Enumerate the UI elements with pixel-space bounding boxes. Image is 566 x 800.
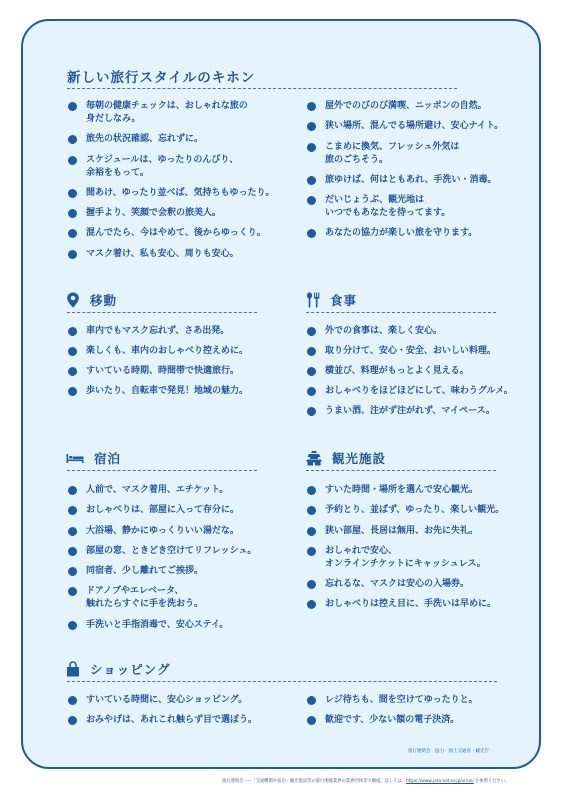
section-shopping-label: ショッピング — [90, 660, 171, 678]
map-pin-icon — [66, 292, 80, 308]
list-item: 楽しくも、車内のおしゃべり控えめに。 — [67, 345, 297, 358]
section-lodging-label: 宿泊 — [94, 449, 121, 467]
list-item: おしゃべりをほどほどにして、味わうグルメ。 — [306, 385, 536, 398]
list-item: 手洗いと手指消毒で、安心ステイ。 — [67, 619, 297, 632]
divider — [67, 88, 457, 89]
list-item: おしゃべりは、部屋に入って存分に。 — [67, 504, 297, 517]
footnote-link[interactable]: https://www.jata-net.or.jp/virus/ — [406, 779, 474, 784]
page-title: 新しい旅行スタイルのキホン — [67, 66, 255, 86]
list-item: 歓迎です、少ない額の電子決済。 — [306, 714, 536, 727]
shopping-list-left: すいている時間に、安心ショッピング。おみやげは、あれこれ触らず目で選ぼう。 — [67, 694, 297, 734]
list-item: レジ待ちも、間を空けてゆったりと。 — [306, 694, 536, 707]
footnote-text: 旅行連絡会 ･･･「交通機関や宿泊・観光施設等の旅行関係業界の業界団体等で構成。… — [222, 779, 406, 784]
dining-list: 外での食事は、楽しく安心。取り分けて、安心・安全、おいしい料理。横並び、料理がも… — [306, 325, 536, 425]
list-item: すいている時間に、安心ショッピング。 — [67, 694, 297, 707]
list-item: おしゃれで安心、オンラインチケットにキャッシュレス。 — [306, 545, 536, 571]
shopping-list-right: レジ待ちも、間を空けてゆったりと。歓迎です、少ない額の電子決済。 — [306, 694, 536, 734]
basics-list-right: 屋外でのびのび満喫、ニッポンの自然。狭い場所、混んでる場所避け、安心ナイト。こま… — [306, 100, 536, 248]
divider — [67, 312, 257, 313]
list-item: 旅先の状況確認、忘れずに。 — [67, 133, 297, 146]
fork-spoon-icon — [306, 292, 320, 308]
shopping-bag-icon — [66, 661, 80, 677]
list-item: 部屋の窓、ときどき空けてリフレッシュ。 — [67, 545, 297, 558]
list-item: 横並び、料理がもっとよく見える。 — [306, 365, 536, 378]
list-item: 狭い部屋、長居は無用、お先に失礼。 — [306, 525, 536, 538]
list-item: 旅ゆけば、何はともあれ、手洗い・消毒。 — [306, 174, 536, 187]
list-item: 毎朝の健康チェックは、おしゃれな旅の身だしなみ。 — [67, 100, 297, 126]
list-item: 忘れるな、マスクは安心の入場券。 — [306, 578, 536, 591]
section-transport-label: 移動 — [90, 291, 117, 309]
list-item: スケジュールは、ゆったりのんびり、余裕をもって。 — [67, 154, 297, 180]
credit-text: 旅行連絡会 協力：国土交通省・観光庁 — [408, 748, 489, 754]
footnote: 旅行連絡会 ･･･「交通機関や宿泊・観光施設等の旅行関係業界の業界団体等で構成。… — [222, 778, 509, 784]
list-item: 狭い場所、混んでる場所避け、安心ナイト。 — [306, 120, 536, 133]
list-item: 歩いたり、自転車で発見！地域の魅力。 — [67, 385, 297, 398]
castle-icon — [306, 450, 322, 466]
list-item: すいている時期、時間帯で快適旅行。 — [67, 365, 297, 378]
list-item: おしゃべりは控え目に、手洗いは早めに。 — [306, 598, 536, 611]
list-item: だいじょうぶ、観光地はいつでもあなたを待ってます。 — [306, 194, 536, 220]
section-sightseeing-label: 観光施設 — [332, 449, 386, 467]
footnote-suffix: を参照ください。 — [474, 779, 510, 784]
divider — [306, 470, 496, 471]
sightseeing-list: すいた時間・場所を選んで安心観光。予約とり、並ばず、ゆったり、楽しい観光。狭い部… — [306, 484, 536, 619]
list-item: 間あけ、ゆったり並べば、気持ちもゆったり。 — [67, 187, 297, 200]
list-item: 取り分けて、安心・安全、おいしい料理。 — [306, 345, 536, 358]
list-item: こまめに換気、フレッシュ外気は旅のごちそう。 — [306, 141, 536, 167]
section-sightseeing-header: 観光施設 — [306, 449, 386, 467]
list-item: 混んでたら、今はやめて、後からゆっくり。 — [67, 227, 297, 240]
list-item: ドアノブやエレベータ、触れたらすぐに手を洗おう。 — [67, 585, 297, 611]
list-item: 同宿者、少し離れてご挨拶。 — [67, 565, 297, 578]
bed-icon — [66, 450, 84, 466]
section-dining-label: 食事 — [330, 291, 357, 309]
lodging-list: 人前で、マスク着用、エチケット。おしゃべりは、部屋に入って存分に。大浴場、静かに… — [67, 484, 297, 639]
section-shopping-header: ショッピング — [66, 660, 171, 678]
list-item: 予約とり、並ばず、ゆったり、楽しい観光。 — [306, 504, 536, 517]
divider — [306, 312, 496, 313]
list-item: 大浴場、静かにゆっくりいい湯だな。 — [67, 525, 297, 538]
list-item: あなたの協力が楽しい旅を守ります。 — [306, 227, 536, 240]
list-item: おみやげは、あれこれ触らず目で選ぼう。 — [67, 714, 297, 727]
list-item: すいた時間・場所を選んで安心観光。 — [306, 484, 536, 497]
list-item: 屋外でのびのび満喫、ニッポンの自然。 — [306, 100, 536, 113]
list-item: 車内でもマスク忘れず、さあ出発。 — [67, 325, 297, 338]
divider — [67, 470, 257, 471]
basics-list-left: 毎朝の健康チェックは、おしゃれな旅の身だしなみ。旅先の状況確認、忘れずに。スケジ… — [67, 100, 297, 268]
list-item: マスク着け、私も安心、周りも安心。 — [67, 248, 297, 261]
list-item: 外での食事は、楽しく安心。 — [306, 325, 536, 338]
transport-list: 車内でもマスク忘れず、さあ出発。楽しくも、車内のおしゃべり控えめに。すいている時… — [67, 325, 297, 405]
list-item: 握手より、笑顔で会釈の旅美人。 — [67, 207, 297, 220]
section-lodging-header: 宿泊 — [66, 449, 121, 467]
section-dining-header: 食事 — [306, 291, 357, 309]
divider — [67, 681, 497, 682]
list-item: 人前で、マスク着用、エチケット。 — [67, 484, 297, 497]
section-transport-header: 移動 — [66, 291, 117, 309]
list-item: うまい酒、注がず注がれず、マイペース。 — [306, 405, 536, 418]
